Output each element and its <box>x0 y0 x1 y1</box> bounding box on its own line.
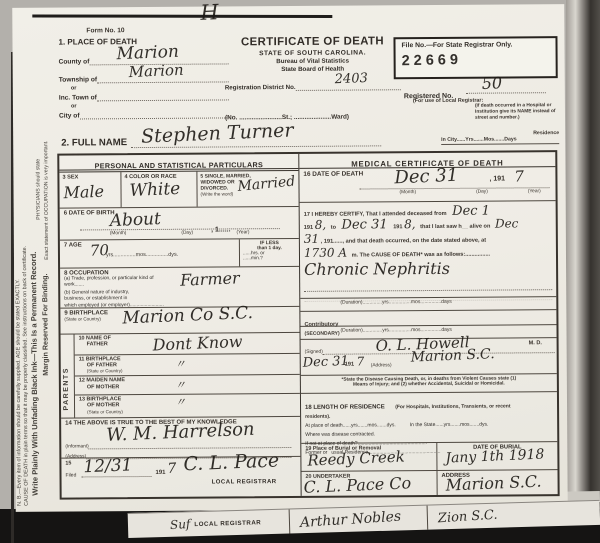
burial-place-cell: 19 Place of Burial or Removal Reedy Cree… <box>301 443 436 471</box>
dod-hints: (Month) (Day) (Year) <box>360 189 550 195</box>
inc-town-fill-line <box>97 91 229 101</box>
undertaker-row: 20 UNDERTAKER C. L. Pace Co ADDRESS Mari… <box>301 470 557 496</box>
personal-column: PERSONAL AND STATISTICAL PARTICULARS 3 S… <box>59 154 301 498</box>
undertaker-value: C. L. Pace Co <box>303 475 411 495</box>
margin-note-frag1: PHYSICIANS should state <box>35 159 41 220</box>
dob-month-hint: (Month) <box>110 231 127 238</box>
state-line: STATE OF SOUTH CAROLINA. <box>225 49 401 57</box>
filed-year-value: 7 <box>167 462 177 476</box>
title-block: CERTIFICATE OF DEATH STATE OF SOUTH CARO… <box>224 35 400 91</box>
board-line: State Board of Health <box>225 65 401 73</box>
certificate-title: CERTIFICATE OF DEATH <box>224 35 400 48</box>
burial-date-cell: DATE OF BURIAL Jany 1th 1918 <box>436 442 557 470</box>
attended-to-year: 8, <box>404 217 416 231</box>
personal-heading: PERSONAL AND STATISTICAL PARTICULARS <box>95 160 263 170</box>
personal-heading-row: PERSONAL AND STATISTICAL PARTICULARS <box>59 154 298 173</box>
last-saw-month: Dec <box>495 216 519 230</box>
mother-name-row: 12 MAIDEN NAME OF MOTHER 〃 <box>75 375 300 395</box>
township-label: Township of <box>59 76 97 83</box>
in-state-line: In the State......yrs.......mos.......dy… <box>410 422 489 429</box>
local-registrar-label: LOCAL REGISTRAR <box>212 479 277 485</box>
dob-hints: (Month) (Day) , 1...... (Year) <box>80 230 290 238</box>
mother-value: 〃 <box>175 380 186 391</box>
dob-one: , 1...... <box>211 226 231 233</box>
undertaker-address-cell: ADDRESS Marion S.C. <box>436 470 557 495</box>
attended-from-year: 8, <box>315 218 327 232</box>
dod-value: Dec 31 <box>394 167 458 188</box>
burial-value: Reedy Creek <box>307 450 405 469</box>
certify-year-prefix-1: 191 <box>304 225 313 231</box>
informant-fill-line <box>89 441 292 449</box>
race-value: White <box>129 181 180 200</box>
bureau-line: Bureau of Vital Statistics <box>225 57 401 65</box>
dod-month-hint: (Month) <box>400 190 417 195</box>
undertaker-address-value: Marion S.C. <box>445 474 542 494</box>
dob-row: 6 DATE OF BIRTH About (Month) (Day) , 1.… <box>60 207 299 241</box>
last-saw-day: 31 <box>304 232 319 246</box>
age-row: 7 AGE 70 yrs...............mos..........… <box>60 239 299 269</box>
city-fill-line <box>79 109 229 119</box>
physician-place: Marion S.C. <box>410 347 494 365</box>
or-label-2: or <box>71 102 229 109</box>
file-number-box: File No.—For State Registrar Only. 22669 <box>393 36 557 79</box>
sex-value: Male <box>63 184 104 202</box>
marital-cell: 5 SINGLE, MARRIED, WIDOWED OR DIVORCED. … <box>197 171 298 207</box>
sex-label: 3 SEX <box>62 174 117 180</box>
strip-registrar-label: LOCAL REGISTRAR <box>194 519 261 528</box>
occupation-row: 8 OCCUPATION (a) Trade, profession, or p… <box>60 267 299 309</box>
certify-death-occurred: , 191......, and that death occurred, on… <box>321 238 486 245</box>
signed-address-hint: (Address) <box>371 363 392 368</box>
form-grid: PERSONAL AND STATISTICAL PARTICULARS 3 S… <box>57 150 559 499</box>
local-use-note: (For use of Local Registrar: <box>413 98 483 104</box>
if-less-4: ......min.? <box>243 256 296 261</box>
signed-date-value: Dec 31 <box>302 355 349 370</box>
handwritten-check-mark: H <box>200 2 219 24</box>
place-of-death-block: 1. PLACE OF DEATH County of Marion Towns… <box>58 36 229 119</box>
film-right-edge <box>566 0 600 543</box>
signed-year-value: 7 <box>356 355 364 367</box>
undertaker-cell: 20 UNDERTAKER C. L. Pace Co <box>301 471 436 496</box>
cause-of-death-value: Chronic Nephritis <box>304 259 450 279</box>
burial-date-value: Jany 1th 1918 <box>445 448 544 466</box>
attended-to-value: Dec 31 <box>341 217 387 232</box>
date-of-death-row: 16 DATE OF DEATH Dec 31 , 191 7 (Month) … <box>299 167 555 203</box>
filed-fill-line <box>82 476 152 477</box>
residence-line2: In City......Yrs.......Mos.......Days <box>441 136 559 145</box>
strip-partial-signature: Suf <box>170 518 191 531</box>
strip-divider-1 <box>289 509 291 533</box>
file-box-title: File No.—For State Registrar Only. <box>401 41 549 49</box>
scan-streak <box>32 14 332 18</box>
residence-block: Residence In City......Yrs.......Mos....… <box>441 130 559 145</box>
occupation-a-value: Farmer <box>180 270 240 288</box>
sex-race-marital-row: 3 SEX Male 4 COLOR OR RACE White 5 SINGL… <box>59 171 298 209</box>
strip-name-value: Arthur Nobles <box>300 510 402 530</box>
race-cell: 4 COLOR OR RACE White <box>121 172 197 208</box>
certify-block: 17 I HEREBY CERTIFY, That I attended dec… <box>300 201 557 299</box>
contracted-line: Where was disease contracted. <box>305 430 553 438</box>
strip-divider-2 <box>427 506 429 530</box>
dod-year-prefix: , 191 <box>489 175 505 182</box>
strip-place-value: Zion S.C. <box>438 508 498 525</box>
hospital-note: (If death occurred in a Hospital or Inst… <box>475 103 559 122</box>
dob-year-hint: (Year) <box>237 230 250 237</box>
form-number: Form No. 10 <box>86 27 124 34</box>
or-label-1: or <box>71 84 229 91</box>
district-value: 2403 <box>334 72 368 86</box>
registered-value: 50 <box>481 75 502 92</box>
at-place-line: At place of death......yrs.......mos....… <box>305 422 396 429</box>
signed-year-prefix: 191 <box>345 362 354 368</box>
filed-year-prefix: 191 <box>155 470 165 476</box>
county-label: County of <box>59 58 90 65</box>
parents-block: PARENTS 10 NAME OF FATHER Dont Know 11 B… <box>61 333 301 419</box>
inc-town-label: Inc. Town of <box>59 94 97 101</box>
parents-label: PARENTS <box>63 367 70 410</box>
city-label: City of <box>59 112 80 119</box>
occupation-a-label: (a) Trade, profession, or particular kin… <box>64 276 174 289</box>
attended-from-value: Dec 1 <box>452 204 490 219</box>
full-name-label: 2. FULL NAME <box>61 137 127 148</box>
death-time-value: 1730 A <box>304 246 347 260</box>
scanned-death-certificate: N. B.—Every item of information should b… <box>0 0 600 543</box>
residence-label: 18 LENGTH OF RESIDENCE <box>305 404 385 411</box>
margin-note-write-plainly: Write Plainly With Unfading Black Ink—Th… <box>29 252 40 496</box>
registered-fill-line <box>466 92 546 94</box>
dob-day-hint: (Day) <box>181 231 193 238</box>
md-label: M. D. <box>529 340 542 346</box>
district-label: Registration District No. <box>225 84 296 91</box>
mother-bp-value: 〃 <box>175 397 186 408</box>
margin-note-frag2: Exact statement of OCCUPATION is very im… <box>43 141 50 260</box>
cause-label: m. The CAUSE OF DEATH* was as follows:..… <box>352 252 491 259</box>
certify-year-prefix-2: 191 <box>393 224 402 230</box>
birthplace-value: Marion Co S.C. <box>122 305 253 327</box>
father-bp-hint: (State or Country) <box>87 367 296 373</box>
if-less-cell: IF LESS than 1 day. ......hrs. or ......… <box>239 239 299 266</box>
residence-note: (For Hospitals, Institutions, Transients… <box>395 403 510 410</box>
dob-value: About <box>109 211 161 230</box>
margin-note-reserved: Margin Reserved For Binding. <box>40 273 50 375</box>
medical-column: MEDICAL CERTIFICATE OF DEATH 16 DATE OF … <box>299 152 557 496</box>
full-name-value: Stephen Turner <box>141 121 294 146</box>
father-birthplace-row: 11 BIRTHPLACE OF FATHER (State or Countr… <box>75 354 300 377</box>
filed-row: 15 Filed 12/31 191 7 C. L. Pace LOCAL RE… <box>61 457 300 498</box>
birthplace-row: 9 BIRTHPLACE (State or Country) Marion C… <box>60 307 299 335</box>
dod-day-hint: (Day) <box>476 190 488 195</box>
father-name-row: 10 NAME OF FATHER Dont Know <box>75 333 300 355</box>
father-value: Dont Know <box>152 334 242 354</box>
informant-line: (Informant) <box>65 441 291 450</box>
age-cell: 7 AGE 70 yrs...............mos..........… <box>60 239 239 267</box>
filed-date-value: 12/31 <box>83 457 133 476</box>
mother-label2: OF MOTHER <box>87 383 296 391</box>
filed-label: Filed <box>65 472 76 478</box>
filed-registrar-signature: C. L. Pace <box>183 451 279 474</box>
dob-label: 6 DATE OF BIRTH <box>64 209 295 217</box>
file-number-value: 22669 <box>401 50 549 69</box>
burial-row: 19 Place of Burial or Removal Reedy Cree… <box>301 442 557 472</box>
signed-row: O. L. Howell M. D. (Signed) Marion S.C. … <box>301 338 557 376</box>
mother-bp-hint: (State or Country) <box>87 408 296 414</box>
footnote-row: *State the Disease Causing Death, or, in… <box>301 374 557 394</box>
sex-cell: 3 SEX Male <box>59 172 121 207</box>
length-of-residence-block: 18 LENGTH OF RESIDENCE (For Hospitals, I… <box>301 392 557 444</box>
dod-year-hint: (Year) <box>528 189 541 194</box>
father-bp-value: 〃 <box>175 358 186 369</box>
certify-last-saw: that I last saw h__ alive on <box>420 224 490 230</box>
dod-year-value: 7 <box>514 169 524 184</box>
certificate-paper: N. B.—Every item of information should b… <box>12 4 568 512</box>
mother-birthplace-row: 13 BIRTHPLACE OF MOTHER (State or Countr… <box>75 394 300 417</box>
parents-vertical-cell: PARENTS <box>61 335 76 418</box>
certify-to-word: to <box>331 225 336 231</box>
parents-rows: 10 NAME OF FATHER Dont Know 11 BIRTHPLAC… <box>75 333 301 418</box>
informant-hint: (Informant) <box>65 444 89 449</box>
township-value: Marion <box>128 63 184 80</box>
age-units: yrs...............mos...............dys. <box>106 252 178 259</box>
